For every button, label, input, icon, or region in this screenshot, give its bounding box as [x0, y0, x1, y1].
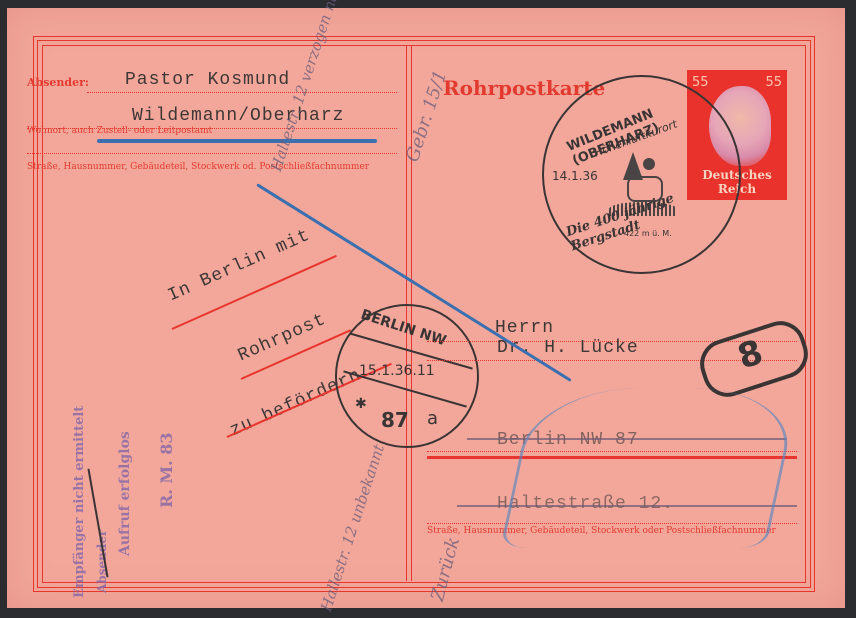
- sender-name: Pastor Kosmund: [125, 70, 290, 90]
- stamp-value-right: 55: [765, 75, 782, 90]
- berlin-postmark: BERLIN NW 15.1.36.11 ✱ 87 a: [335, 304, 479, 448]
- berlin-postmark-town: BERLIN NW: [359, 307, 448, 350]
- sender-place-label: Wohnort, auch Zustell- oder Leitpostamt: [27, 126, 212, 136]
- dotted-line: [27, 153, 397, 154]
- sender-street-label: Straße, Hausnummer, Gebäudeteil, Stockwe…: [27, 162, 369, 172]
- recipient-salutation: Herrn: [495, 318, 554, 338]
- postmark-date: 14.1.36: [552, 169, 598, 183]
- blue-pencil-strike: [97, 139, 377, 143]
- berlin-postmark-code: 87: [381, 408, 409, 432]
- star-icon: ✱: [355, 396, 367, 412]
- origin-postmark: WILDEMANN (OBERHARZ) Höhenluftkurort 14.…: [542, 75, 741, 274]
- berlin-postmark-date: 15.1.36.11: [359, 363, 435, 379]
- violet-stamp-line-1: Empfänger nicht ermittelt: [72, 406, 87, 598]
- dotted-line: [87, 92, 397, 93]
- berlin-postmark-letter: a: [427, 408, 438, 429]
- oval-mark-number: 8: [733, 332, 768, 377]
- violet-stamp-initials: R. M. 83: [157, 432, 176, 508]
- sender-place: Wildemann/Oberharz: [132, 106, 344, 126]
- postcard: Absender: Pastor Kosmund Wildemann/Oberh…: [7, 8, 845, 608]
- violet-stamp-line-2: Aufruf erfolglos: [117, 431, 133, 556]
- sender-label: Absender:: [27, 76, 89, 89]
